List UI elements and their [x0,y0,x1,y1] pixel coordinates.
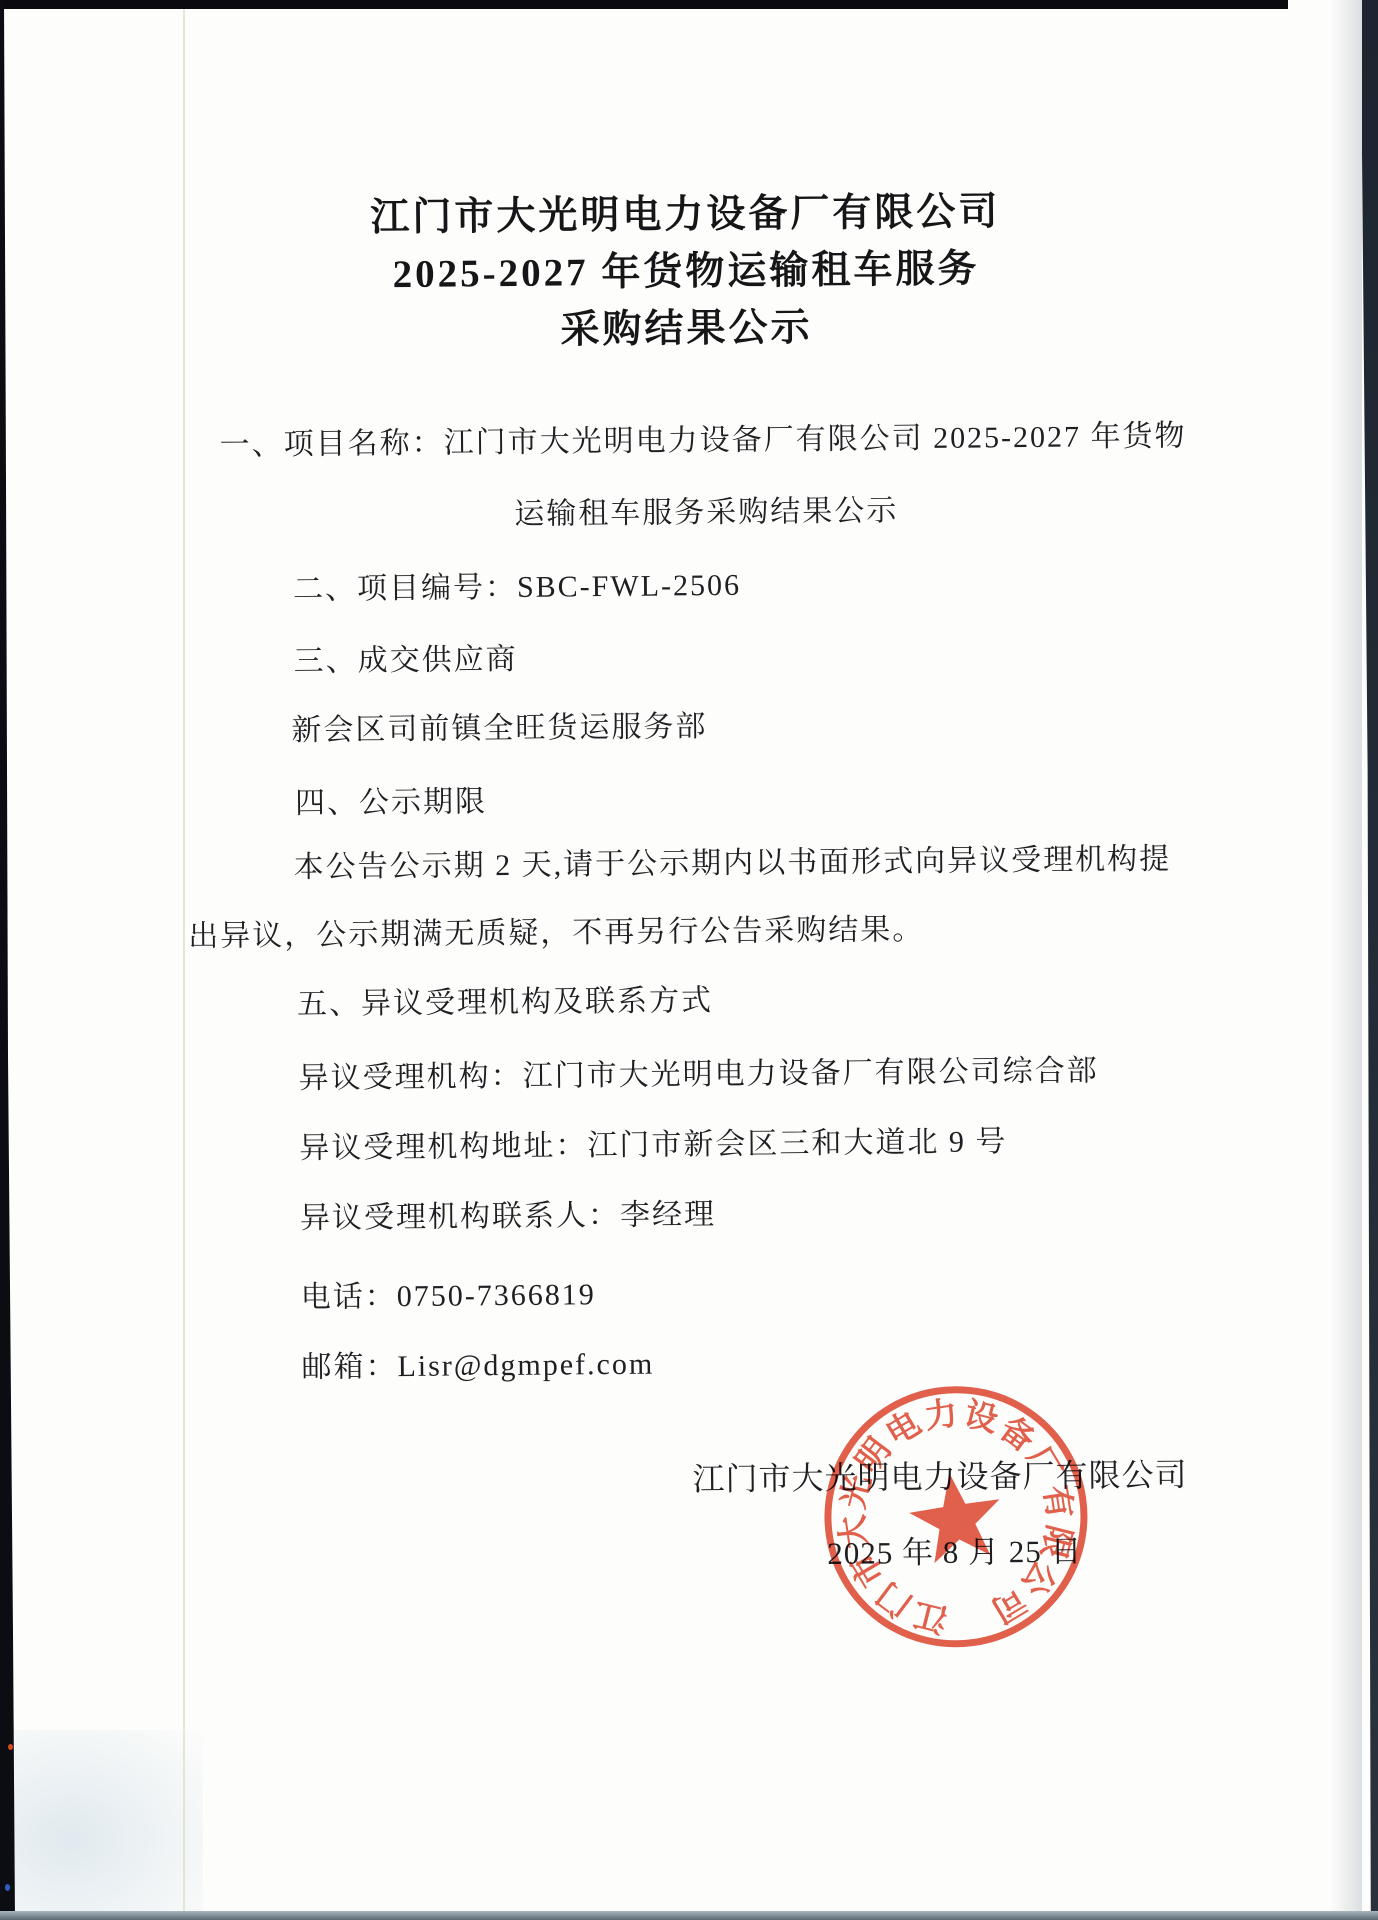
scan-tint-bottom-left [13,1730,203,1912]
objection-heading: 五、异议受理机构及联系方式 [297,975,713,1023]
project-name-line-2: 运输租车服务采购结果公示 [514,485,898,533]
scan-shadow-right [1330,0,1362,1920]
phone-line: 电话：0750-7366819 [301,1269,596,1316]
title-line-2: 2025-2027 年货物运输租车服务 [306,240,1067,304]
project-number-line: 二、项目编号：SBC-FWL-2506 [293,560,741,608]
publicity-period-heading: 四、公示期限 [295,776,487,822]
project-name-line-1: 一、项目名称：江门市大光明电力设备厂有限公司 2025-2027 年货物 [219,410,1186,463]
scan-speck-red [8,1744,13,1750]
objection-org-line: 异议受理机构：江门市大光明电力设备厂有限公司综合部 [298,1045,1098,1097]
document-title: 江门市大光明电力设备厂有限公司 2025-2027 年货物运输租车服务 采购结果… [305,183,1067,361]
company-seal: 江门市大光明电力设备厂有限公司 [810,1370,1103,1663]
scan-edge-bottom [0,1911,1378,1920]
supplier-heading-line: 三、成交供应商 [293,634,517,680]
scan-speck-blue [5,1884,10,1891]
supplier-name-line: 新会区司前镇全旺货运服务部 [291,701,707,749]
title-line-3: 采购结果公示 [306,297,1067,361]
publicity-period-line-2: 出异议，公示期满无质疑，不再另行公告采购结果。 [188,904,924,955]
document-text-layer: 江门市大光明电力设备厂有限公司 2025-2027 年货物运输租车服务 采购结果… [0,0,1378,1920]
objection-contact-line: 异议受理机构联系人：李经理 [300,1189,716,1237]
publicity-period-line-1: 本公告公示期 2 天,请于公示期内以书面形式向异议受理机构提 [293,834,1171,886]
page-crease-line [183,9,185,1911]
scanned-document-page: 江门市大光明电力设备厂有限公司 2025-2027 年货物运输租车服务 采购结果… [0,0,1378,1920]
objection-address-line: 异议受理机构地址：江门市新会区三和大道北 9 号 [299,1116,1007,1167]
email-line: 邮箱：Lisr@dgmpef.com [301,1339,654,1386]
seal-star [904,1466,1007,1565]
title-line-1: 江门市大光明电力设备厂有限公司 [305,183,1066,247]
scan-edge-top [0,0,1288,9]
